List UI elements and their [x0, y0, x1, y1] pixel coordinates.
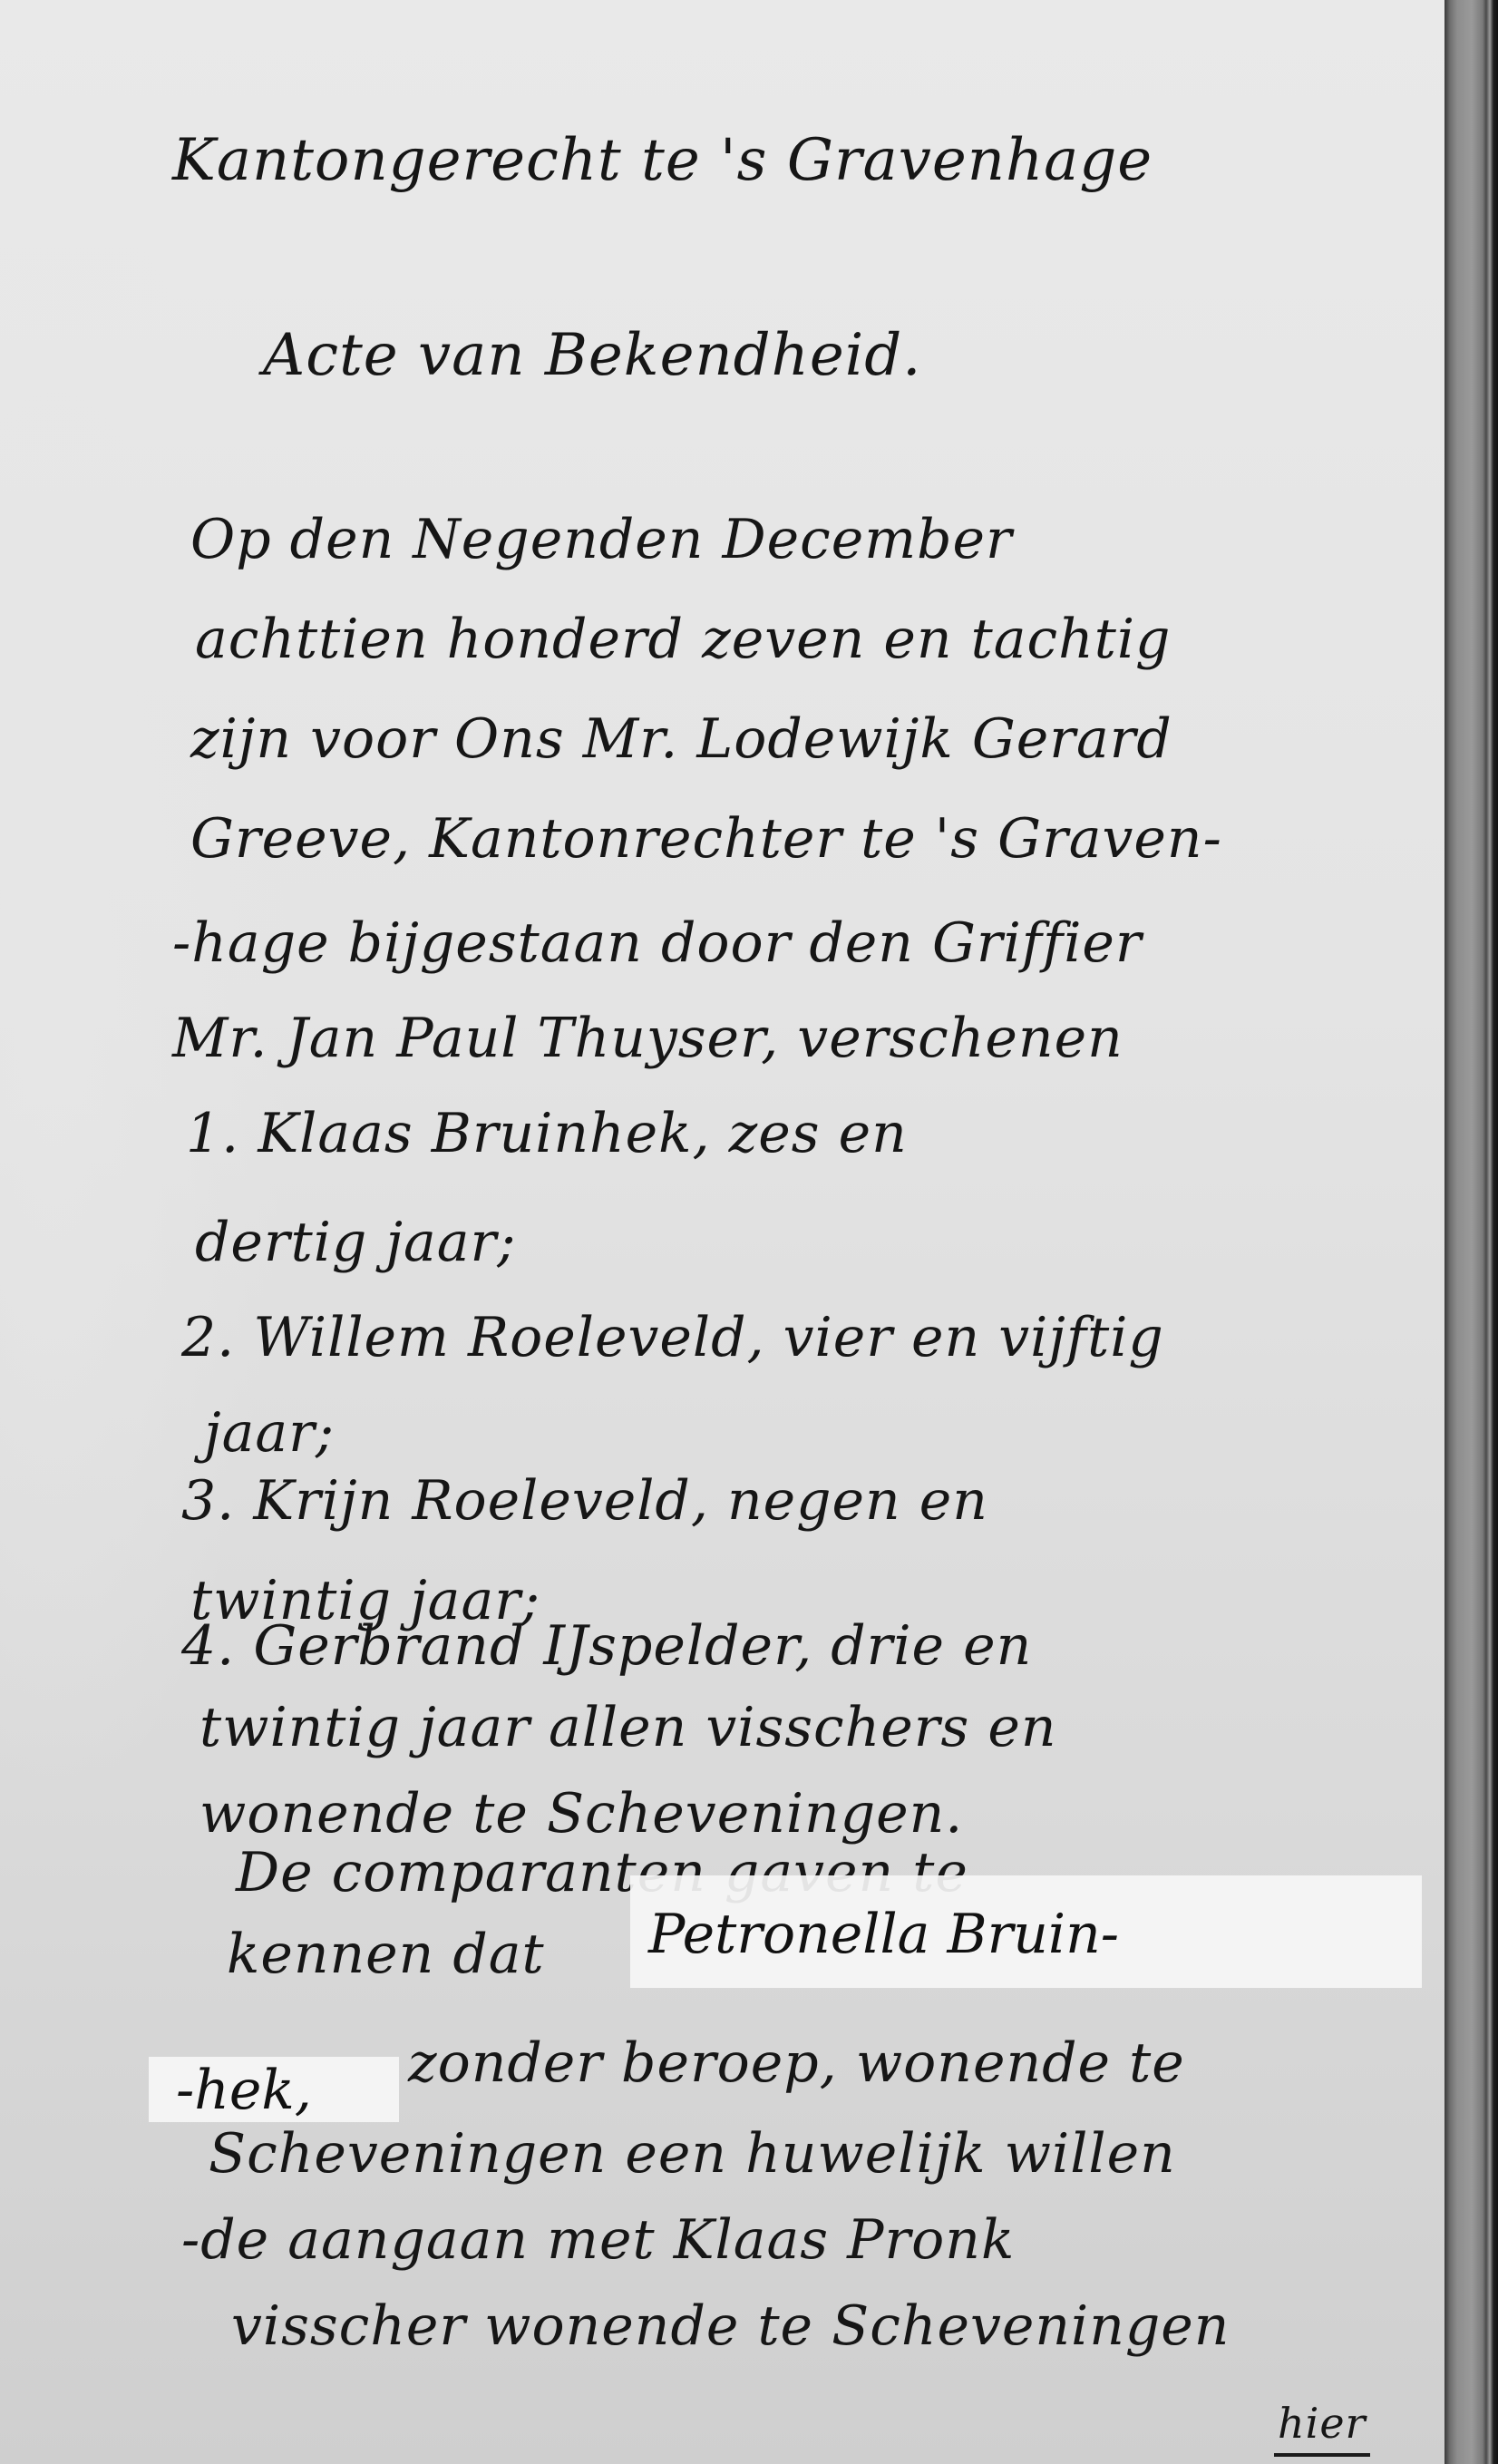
body-line-6: Mr. Jan Paul Thuyser, verschenen — [172, 1007, 1123, 1070]
body-line-1: Op den Negenden December — [190, 508, 1013, 571]
witness-1-line: 1. Klaas Bruinhek, zes en — [186, 1102, 908, 1165]
highlighted-name-part2: -hek, — [149, 2057, 399, 2122]
document-title: Acte van Bekendheid. — [263, 322, 922, 389]
declaration-line-6: visscher wonende te Scheveningen — [231, 2294, 1230, 2358]
court-header: Kantongerecht te 's Gravenhage — [172, 127, 1153, 194]
body-line-3: zijn voor Ons Mr. Lodewijk Gerard — [190, 707, 1172, 771]
witness-1-age: dertig jaar; — [195, 1211, 516, 1274]
bride-name: Petronella Bruin- — [648, 1903, 1119, 1966]
witness-4-residence: wonende te Scheveningen. — [199, 1782, 963, 1846]
witness-3-line: 3. Krijn Roeleveld, negen en — [181, 1469, 988, 1533]
highlighted-name-part1: Petronella Bruin- — [630, 1875, 1422, 1988]
declaration-line-4: Scheveningen een huwelijk willen — [209, 2122, 1176, 2186]
witness-4-occupation: twintig jaar allen visschers en — [199, 1696, 1056, 1759]
book-binding-edge — [1444, 0, 1498, 2464]
witness-2-line: 2. Willem Roeleveld, vier en vijftig — [181, 1306, 1164, 1369]
body-line-2: achttien honderd zeven en tachtig — [195, 608, 1171, 671]
body-line-5: -hage bijgestaan door den Griffier — [172, 911, 1143, 975]
document-page: Kantongerecht te 's Gravenhage Acte van … — [0, 0, 1444, 2464]
signature-mark: hier — [1274, 2399, 1370, 2457]
witness-2-age: jaar; — [204, 1401, 335, 1465]
witness-4-line: 4. Gerbrand IJspelder, drie en — [181, 1614, 1032, 1678]
declaration-line-3: zonder beroep, wonende te — [408, 2031, 1185, 2095]
body-line-4: Greeve, Kantonrechter te 's Graven- — [190, 807, 1222, 871]
declaration-line-2: kennen dat — [227, 1923, 545, 1986]
bride-name-continued: -hek, — [176, 2059, 312, 2122]
declaration-line-5: -de aangaan met Klaas Pronk — [181, 2208, 1015, 2272]
